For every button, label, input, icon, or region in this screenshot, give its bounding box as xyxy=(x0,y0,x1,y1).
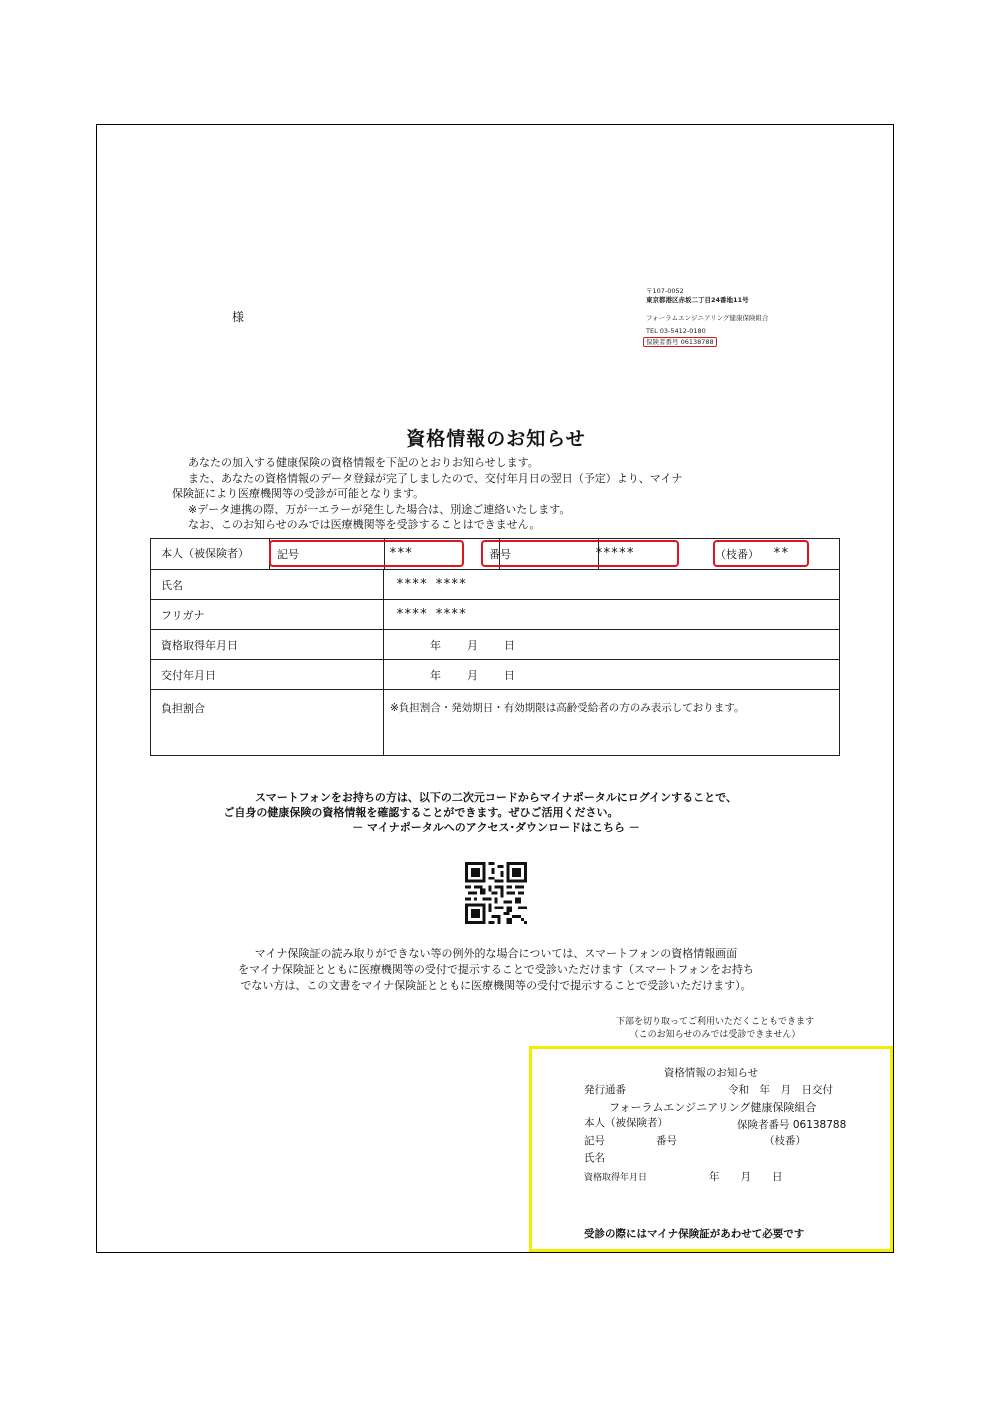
sender-address: 東京都港区赤坂二丁目24番地11号 xyxy=(646,296,769,304)
intro-line: あなたの加入する健康保険の資格情報を下記のとおりお知らせします。 xyxy=(172,455,812,471)
stub-self-label: 本人（被保険者） xyxy=(584,1115,668,1130)
intro-line: また、あなたの資格情報のデータ登録が完了しましたので、交付年月日の翌日（予定）よ… xyxy=(172,471,812,487)
stub-issue-date: 令和 年 月 日交付 xyxy=(728,1082,833,1097)
table-row: 交付年月日 年月日 xyxy=(151,660,840,690)
row-date-value: 年月日 xyxy=(384,630,840,660)
stub-issue-number-label: 発行通番 xyxy=(584,1082,626,1097)
stub-edaban-label: （枝番） xyxy=(764,1133,806,1148)
date-year: 年 xyxy=(430,637,441,653)
date-month: 月 xyxy=(467,667,478,683)
kigou-highlight: 記号 *** xyxy=(269,540,464,567)
row-label: 氏名 xyxy=(151,570,384,600)
table-row: 負担割合 ※負担割合・発効期日・有効期限は高齢受給者の方のみ表示しております。 xyxy=(151,690,840,756)
row-value: ※負担割合・発効期日・有効期限は高齢受給者の方のみ表示しております。 xyxy=(384,690,840,756)
table-row-insured: 本人（被保険者） 記号 *** 番号 ***** （枝番） ** xyxy=(151,539,840,570)
exception-line: でない方は、この文書をマイナ保険証とともに医療機関等の受付で提示することで受診い… xyxy=(0,978,992,994)
stub-name-label: 氏名 xyxy=(584,1150,605,1165)
cut-note-line: （このお知らせのみでは受診できません） xyxy=(585,1029,845,1042)
intro-line: ※データ連携の際、万が一エラーが発生した場合は、別途ご連絡いたします。 xyxy=(172,502,812,518)
qualification-info-table: 本人（被保険者） 記号 *** 番号 ***** （枝番） ** 氏名 xyxy=(150,538,840,756)
stub-bangou-label: 番号 xyxy=(656,1133,677,1148)
row-label: 資格取得年月日 xyxy=(151,630,384,660)
bangou-highlight: 番号 ***** xyxy=(481,540,679,567)
detachable-stub: 資格情報のお知らせ 発行通番 令和 年 月 日交付 フォーラムエンジニアリング健… xyxy=(529,1046,893,1252)
date-year: 年 xyxy=(430,667,441,683)
row-label: 交付年月日 xyxy=(151,660,384,690)
cut-off-note: 下部を切り取ってご利用いただくこともできます （このお知らせのみでは受診できませ… xyxy=(585,1016,845,1042)
row-label: 負担割合 xyxy=(151,690,384,756)
date-day: 日 xyxy=(504,667,515,683)
addressee-honorific: 様 xyxy=(232,308,244,325)
stub-insurer-number: 保険者番号 06138788 xyxy=(737,1117,846,1132)
table-row: フリガナ **** **** xyxy=(151,600,840,630)
smartphone-line: スマートフォンをお持ちの方は、以下の二次元コードからマイナポータルにログインする… xyxy=(0,790,992,805)
kigou-value: *** xyxy=(389,546,412,561)
document-title: 資格情報のお知らせ xyxy=(0,424,992,451)
table-row: 氏名 **** **** xyxy=(151,570,840,600)
sender-organization: フォーラムエンジニアリング健康保険組合 xyxy=(646,314,769,322)
stub-acquired-date: 年 月 日 xyxy=(709,1169,783,1184)
bangou-value: ***** xyxy=(595,546,634,561)
date-day: 日 xyxy=(504,637,515,653)
insured-id-cell: 本人（被保険者） 記号 *** 番号 ***** （枝番） ** xyxy=(151,539,840,570)
stub-kigou-label: 記号 xyxy=(584,1133,605,1148)
stub-note: 受診の際にはマイナ保険証があわせて必要です xyxy=(584,1226,804,1241)
stub-acquired-label: 資格取得年月日 xyxy=(584,1170,647,1183)
intro-line: 保険証により医療機関等の受診が可能となります。 xyxy=(172,486,812,502)
row-label: フリガナ xyxy=(151,600,384,630)
cut-note-line: 下部を切り取ってご利用いただくこともできます xyxy=(585,1016,845,1029)
row-date-value: 年月日 xyxy=(384,660,840,690)
sender-insurer-number: 保険者番号 06138788 xyxy=(643,337,717,347)
sender-tel: TEL 03-5412-0180 xyxy=(646,327,769,335)
insured-self-label: 本人（被保険者） xyxy=(161,539,270,569)
exception-notice: マイナ保険証の読み取りができない等の例外的な場合については、スマートフォンの資格… xyxy=(0,946,992,994)
intro-line: なお、このお知らせのみでは医療機関等を受診することはできません。 xyxy=(172,517,812,533)
exception-line: マイナ保険証の読み取りができない等の例外的な場合については、スマートフォンの資格… xyxy=(0,946,992,962)
sender-postal-code: 〒107-0052 xyxy=(646,287,769,295)
qr-code-icon[interactable] xyxy=(464,862,528,924)
date-month: 月 xyxy=(467,637,478,653)
edaban-label: （枝番） xyxy=(715,546,759,562)
row-value: **** **** xyxy=(384,600,840,630)
kigou-label: 記号 xyxy=(271,546,299,562)
stub-title: 資格情報のお知らせ xyxy=(532,1065,890,1080)
smartphone-line: ご自身の健康保険の資格情報を確認することができます。ぜひご活用ください。 xyxy=(0,805,992,820)
sender-block: 〒107-0052 東京都港区赤坂二丁目24番地11号 フォーラムエンジニアリン… xyxy=(646,287,769,347)
stub-organization: フォーラムエンジニアリング健康保険組合 xyxy=(609,1099,816,1115)
smartphone-notice: スマートフォンをお持ちの方は、以下の二次元コードからマイナポータルにログインする… xyxy=(0,790,992,835)
table-row: 資格取得年月日 年月日 xyxy=(151,630,840,660)
exception-line: をマイナ保険証とともに医療機関等の受付で提示することで受診いただけます（スマート… xyxy=(0,962,992,978)
smartphone-line: － マイナポータルへのアクセス･ダウンロードはこちら － xyxy=(0,820,992,835)
row-value: **** **** xyxy=(384,570,840,600)
bangou-label: 番号 xyxy=(483,546,511,562)
edaban-value: ** xyxy=(773,546,789,561)
intro-paragraph: あなたの加入する健康保険の資格情報を下記のとおりお知らせします。 また、あなたの… xyxy=(172,455,812,533)
edaban-highlight: （枝番） ** xyxy=(713,540,809,567)
